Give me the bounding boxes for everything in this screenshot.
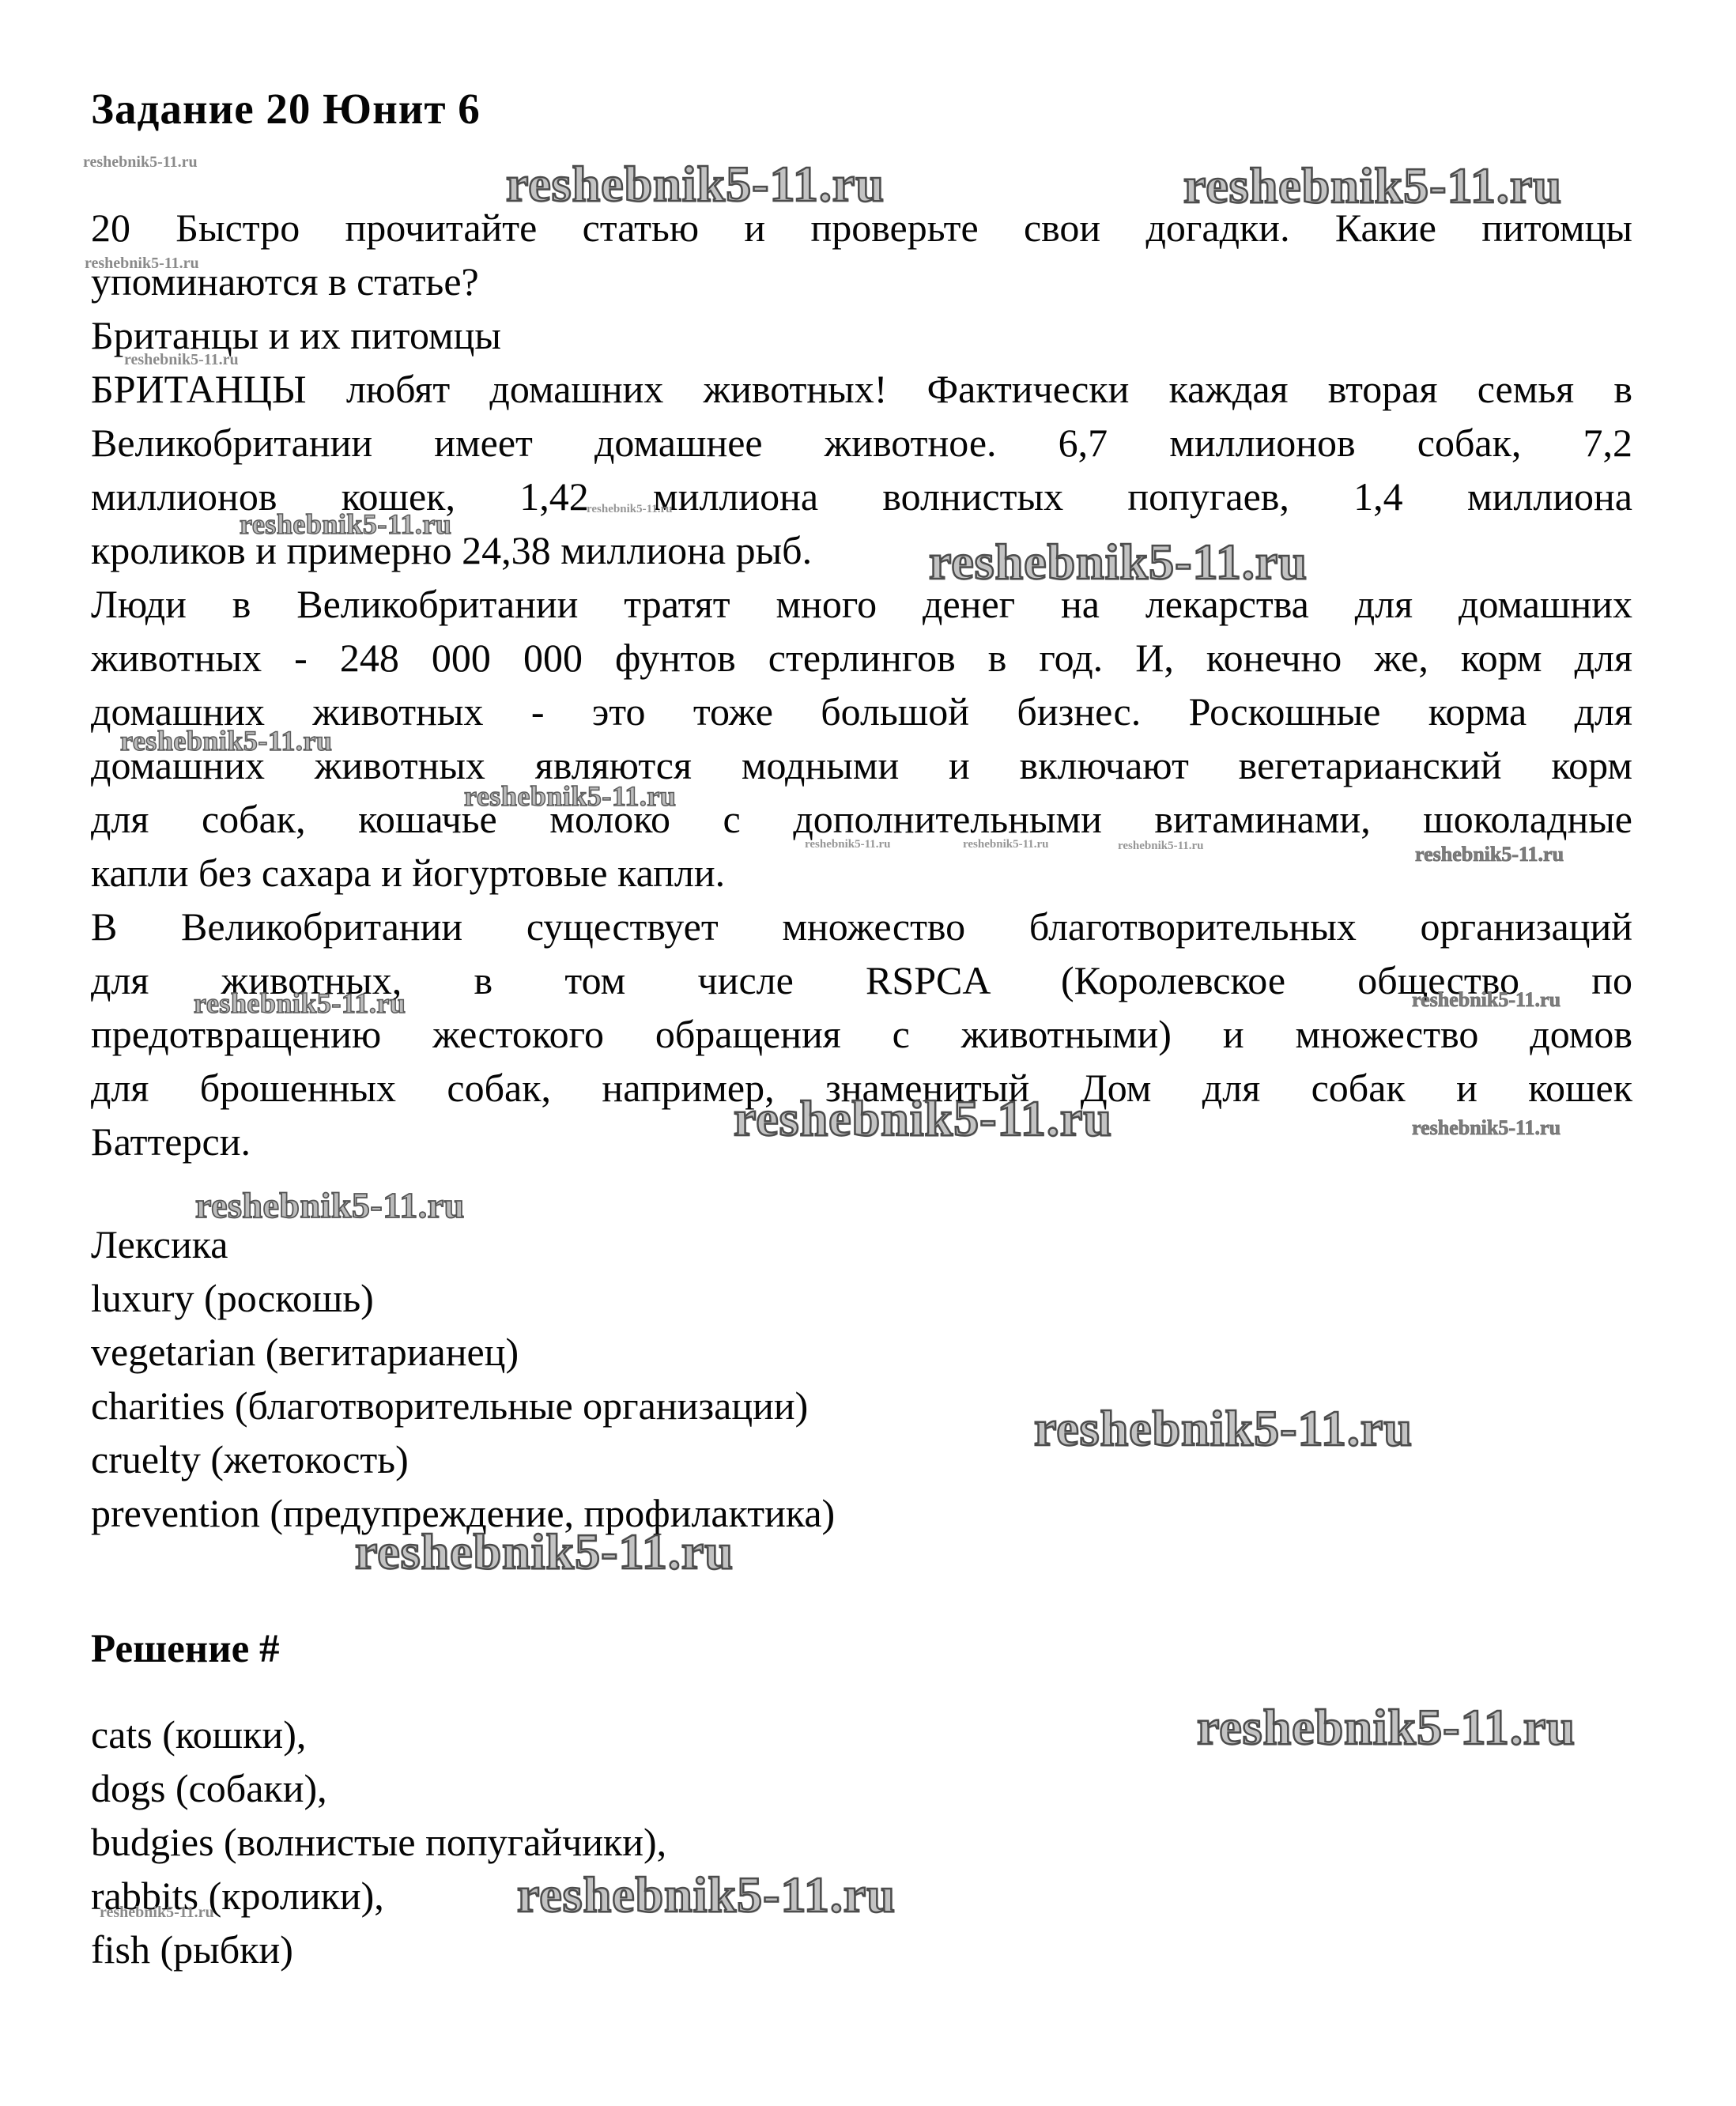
- text-line: миллионов кошек, 1,42 миллиона волнистых…: [91, 470, 1632, 523]
- solution-heading: Решение #: [91, 1622, 279, 1676]
- text-line: предотвращению жестокого обращения с жив…: [91, 1007, 1632, 1061]
- answer-item: rabbits (кролики),: [91, 1869, 1632, 1923]
- answer-item: cats (кошки),: [91, 1708, 1632, 1761]
- text-line: для брошенных собак, например, знамениты…: [91, 1061, 1632, 1115]
- page-title: Задание 20 Юнит 6: [91, 82, 481, 136]
- vocab-item: luxury (роскошь): [91, 1271, 1632, 1325]
- answer-item: budgies (волнистые попугайчики),: [91, 1815, 1632, 1869]
- text-line: животных - 248 000 000 фунтов стерлингов…: [91, 631, 1632, 685]
- vocab-item: prevention (предупреждение, профилактика…: [91, 1486, 1632, 1540]
- text-line: домашних животных - это тоже большой биз…: [91, 685, 1632, 738]
- vocab-item: charities (благотворительные организации…: [91, 1379, 1632, 1432]
- vocab-item: cruelty (жетокость): [91, 1432, 1632, 1486]
- vocabulary-section: Лексика luxury (роскошь) vegetarian (вег…: [91, 1217, 1632, 1540]
- text-line: упоминаются в статье?: [91, 255, 1632, 308]
- document-page: Задание 20 Юнит 6 20 Быстро прочитайте с…: [0, 0, 1736, 2106]
- text-line: для животных, в том числе RSPCA (Королев…: [91, 953, 1632, 1007]
- article-body: 20 Быстро прочитайте статью и проверьте …: [91, 201, 1632, 1168]
- watermark: reshebnik5-11.ru: [83, 153, 198, 172]
- text-line: для собак, кошачье молоко с дополнительн…: [91, 792, 1632, 846]
- text-line: 20 Быстро прочитайте статью и проверьте …: [91, 201, 1632, 255]
- text-line: Баттерси.: [91, 1115, 1632, 1168]
- answers-list: cats (кошки), dogs (собаки), budgies (во…: [91, 1708, 1632, 1976]
- text-line: домашних животных являются модными и вкл…: [91, 738, 1632, 792]
- vocab-item: vegetarian (вегитарианец): [91, 1325, 1632, 1379]
- text-line: Великобритании имеет домашнее животное. …: [91, 416, 1632, 470]
- answer-item: dogs (собаки),: [91, 1761, 1632, 1815]
- text-line: капли без сахара и йогуртовые капли.: [91, 846, 1632, 900]
- text-line: БРИТАНЦЫ любят домашних животных! Фактич…: [91, 362, 1632, 416]
- vocabulary-heading: Лексика: [91, 1217, 1632, 1271]
- text-line: В Великобритании существует множество бл…: [91, 900, 1632, 953]
- answer-item: fish (рыбки): [91, 1923, 1632, 1976]
- article-subtitle: Британцы и их питомцы: [91, 308, 1632, 362]
- text-line: Люди в Великобритании тратят много денег…: [91, 577, 1632, 631]
- text-line: кроликов и примерно 24,38 миллиона рыб.: [91, 523, 1632, 577]
